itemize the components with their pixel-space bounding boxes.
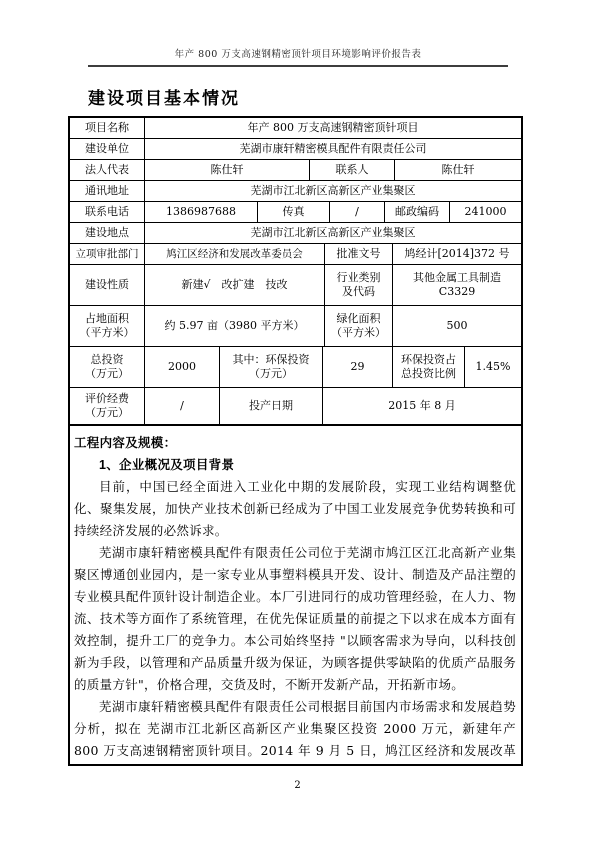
approval-doc-number-label: 批准文号: [325, 244, 393, 264]
contact-person-label: 联系人: [310, 160, 395, 180]
table-row-project-name: 项目名称 年产 800 万支高速钢精密顶针项目: [70, 118, 521, 139]
total-investment-value: 2000: [145, 347, 220, 387]
project-name-label: 项目名称: [70, 118, 145, 138]
page-number: 2: [0, 780, 595, 791]
postal-code-value: 241000: [450, 202, 521, 222]
construction-unit-value: 芜湖市康轩精密模具配件有限责任公司: [145, 139, 521, 159]
construction-site-label: 建设地点: [70, 223, 145, 243]
env-investment-ratio-value: 1.45%: [465, 347, 521, 387]
approval-department-value: 鸠江区经济和发展改革委员会: [145, 244, 325, 264]
table-row-mailing-address: 通讯地址 芜湖市江北新区高新区产业集聚区: [70, 181, 521, 202]
mailing-address-value: 芜湖市江北新区高新区产业集聚区: [145, 181, 521, 201]
construction-site-value: 芜湖市江北新区高新区产业集聚区: [145, 223, 521, 243]
document-page: { "page": { "header": "年产 800 万支高速钢精密顶针项…: [0, 0, 595, 842]
content-paragraph-3: 芜湖市康轩精密模具配件有限责任公司根据目前国内市场需求和发展趋势分析，拟在 芜湖…: [74, 696, 516, 764]
env-investment-value: 29: [323, 347, 393, 387]
table-row-construction-site: 建设地点 芜湖市江北新区高新区产业集聚区: [70, 223, 521, 244]
approval-department-label: 立项审批部门: [70, 244, 145, 264]
approval-doc-number-value: 鸠经计[2014]372 号: [393, 244, 521, 264]
table-row-construction-nature: 建设性质 新建√ 改扩建 技改 行业类别 及代码 其他金属工具制造 C3329: [70, 265, 521, 306]
table-row-total-investment: 总投资 （万元） 2000 其中：环保投资 （万元） 29 环保投资占 总投资比…: [70, 347, 521, 388]
legal-representative-value: 陈仕轩: [145, 160, 310, 180]
industry-category-value: 其他金属工具制造 C3329: [393, 265, 521, 305]
phone-label: 联系电话: [70, 202, 145, 222]
evaluation-fee-value: /: [145, 388, 220, 424]
land-area-value: 约 5.97 亩（3980 平方米）: [145, 306, 325, 346]
project-name-value: 年产 800 万支高速钢精密顶针项目: [145, 118, 521, 138]
land-area-label: 占地面积 （平方米）: [70, 306, 145, 346]
table-row-evaluation-fee: 评价经费 （万元） / 投产日期 2015 年 8 月: [70, 388, 521, 424]
contact-person-value: 陈仕轩: [395, 160, 521, 180]
evaluation-fee-label: 评价经费 （万元）: [70, 388, 145, 424]
production-date-label: 投产日期: [220, 388, 323, 424]
table-row-construction-unit: 建设单位 芜湖市康轩精密模具配件有限责任公司: [70, 139, 521, 160]
construction-nature-label: 建设性质: [70, 265, 145, 305]
green-area-label: 绿化面积 （平方米）: [325, 306, 393, 346]
total-investment-label: 总投资 （万元）: [70, 347, 145, 387]
content-paragraph-2: 芜湖市康轩精密模具配件有限责任公司位于芜湖市鸠江区江北高新产业集聚区博通创业园内…: [74, 542, 516, 696]
env-investment-label: 其中：环保投资 （万元）: [220, 347, 323, 387]
postal-code-label: 邮政编码: [385, 202, 450, 222]
mailing-address-label: 通讯地址: [70, 181, 145, 201]
construction-nature-value: 新建√ 改扩建 技改: [145, 265, 325, 305]
fax-label: 传真: [258, 202, 330, 222]
green-area-value: 500: [393, 306, 521, 346]
construction-unit-label: 建设单位: [70, 139, 145, 159]
table-row-approval-department: 立项审批部门 鸠江区经济和发展改革委员会 批准文号 鸠经计[2014]372 号: [70, 244, 521, 265]
content-paragraph-1: 目前，中国已经全面进入工业化中期的发展阶段，实现工业结构调整优化、聚集发展，加快…: [74, 476, 516, 542]
content-subheading: 1、企业概况及项目背景: [74, 454, 516, 476]
table-row-land-area: 占地面积 （平方米） 约 5.97 亩（3980 平方米） 绿化面积 （平方米）…: [70, 306, 521, 347]
fax-value: /: [330, 202, 385, 222]
section-title: 建设项目基本情况: [88, 84, 240, 109]
report-header: 年产 800 万支高速钢精密顶针项目环境影响评价报告表: [88, 46, 508, 67]
basic-info-table: 项目名称 年产 800 万支高速钢精密顶针项目 建设单位 芜湖市康轩精密模具配件…: [68, 116, 523, 766]
phone-value: 1386987688: [145, 202, 258, 222]
industry-category-label: 行业类别 及代码: [325, 265, 393, 305]
legal-representative-label: 法人代表: [70, 160, 145, 180]
content-heading: 工程内容及规模：: [74, 432, 516, 454]
project-content-section: 工程内容及规模： 1、企业概况及项目背景 目前，中国已经全面进入工业化中期的发展…: [70, 424, 521, 764]
table-row-legal-representative: 法人代表 陈仕轩 联系人 陈仕轩: [70, 160, 521, 181]
production-date-value: 2015 年 8 月: [323, 388, 521, 424]
table-row-phone: 联系电话 1386987688 传真 / 邮政编码 241000: [70, 202, 521, 223]
env-investment-ratio-label: 环保投资占 总投资比例: [393, 347, 465, 387]
